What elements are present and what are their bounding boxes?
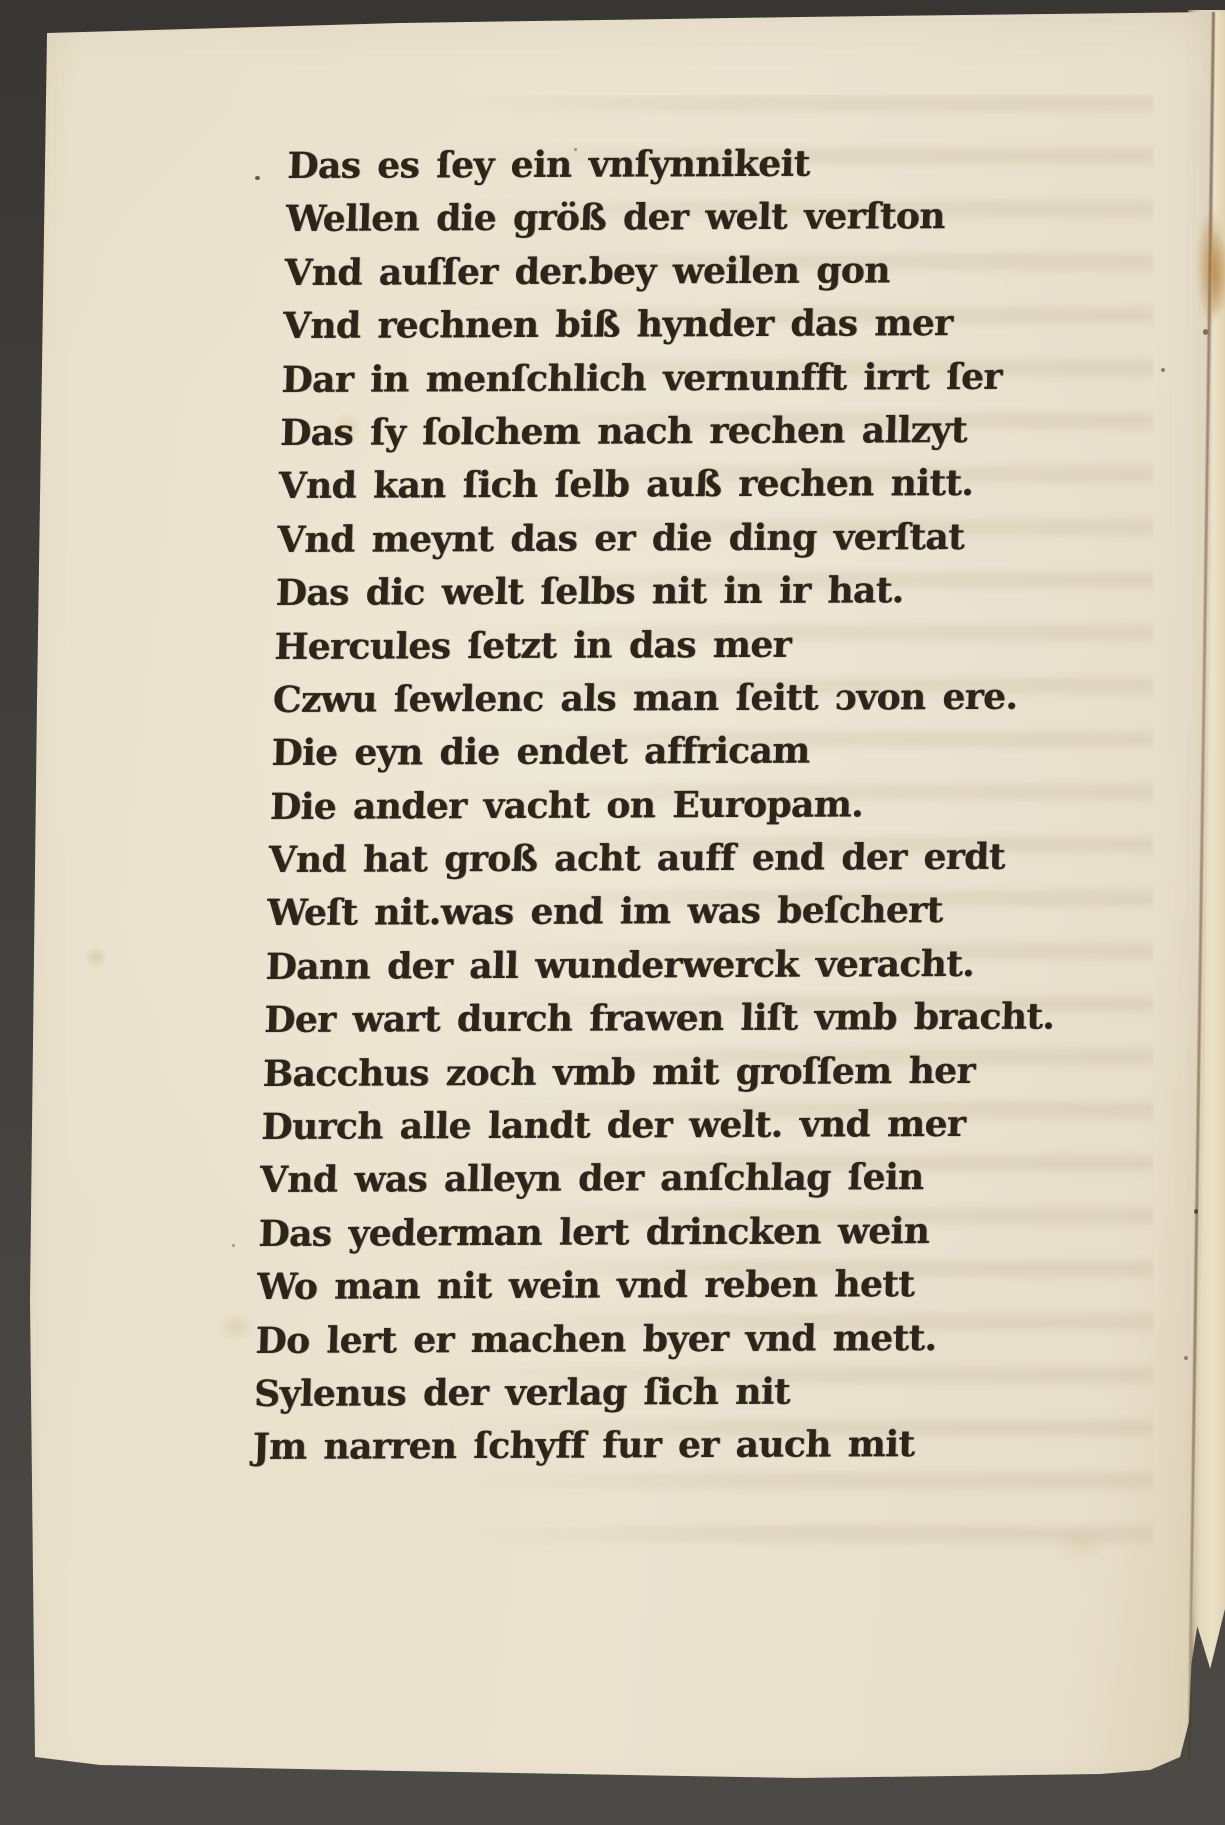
book-page: Das es ſey ein vnſynnikeitWellen die grö… xyxy=(0,0,1225,1825)
poem-line: Das dic welt ſelbs nit in ir hat. xyxy=(275,563,1157,620)
poem-line: Die eyn die endet affricam xyxy=(271,723,1153,780)
poem-line: Wellen die größ der welt verſton xyxy=(285,190,1167,247)
ink-speck xyxy=(232,1244,235,1247)
poem-line: Vnd rechnen biß hynder das mer xyxy=(282,296,1164,353)
poem-line: Vnd hat groß acht auff end der erdt xyxy=(268,830,1150,887)
poem-line: Wo man nit wein vnd reben hett xyxy=(256,1257,1138,1314)
ink-speck xyxy=(255,176,260,180)
poem-line: Das es ſey ein vnſynnikeit xyxy=(287,136,1169,193)
poem-line: Dann der all wunderwerck veracht. xyxy=(265,937,1147,994)
poem-line: Sylenus der verlag ſich nit xyxy=(253,1364,1135,1421)
poem-line: Bacchus zoch vmb mit groſſem her xyxy=(262,1044,1144,1101)
ink-speck xyxy=(574,148,577,151)
ink-speck xyxy=(1161,368,1165,372)
poem-line: Vnd auſſer der.bey weilen gon xyxy=(284,243,1166,300)
poem-line: Dar in menſchlich vernunfft irrt ſer xyxy=(281,350,1163,407)
poem-line: Das yederman lert drincken wein xyxy=(258,1204,1140,1261)
poem-line: Durch alle landt der welt. vnd mer xyxy=(261,1097,1143,1154)
poem-line: Die ander vacht on Europam. xyxy=(269,777,1151,834)
poem-line: Czwu ſewlenc als man ſeitt ɔvon ere. xyxy=(272,670,1154,727)
poem-line: Weſt nit.was end im was beſchert xyxy=(266,884,1148,941)
stain xyxy=(1180,208,1225,326)
poem-line: Der wart durch frawen liſt vmb bracht. xyxy=(263,990,1145,1047)
book-scan: Das es ſey ein vnſynnikeitWellen die grö… xyxy=(0,0,1225,1825)
poem-line: Do lert er machen byer vnd mett. xyxy=(255,1311,1137,1368)
poem-line: Vnd was alleyn der anſchlag ſein xyxy=(259,1151,1141,1208)
poem-line: Vnd meynt das er die ding verſtat xyxy=(276,510,1158,567)
poem-line: Vnd kan ſich ſelb auß rechen nitt. xyxy=(278,457,1160,514)
ink-speck xyxy=(1184,1356,1188,1360)
poem-line: Hercules ſetzt in das mer xyxy=(274,617,1156,674)
poem-text-block: Das es ſey ein vnſynnikeitWellen die grö… xyxy=(252,136,1168,1475)
poem-line: Jm narren ſchyff fur er auch mit xyxy=(252,1418,1134,1475)
poem-line: Das ſy ſolchem nach rechen allzyt xyxy=(279,403,1161,460)
